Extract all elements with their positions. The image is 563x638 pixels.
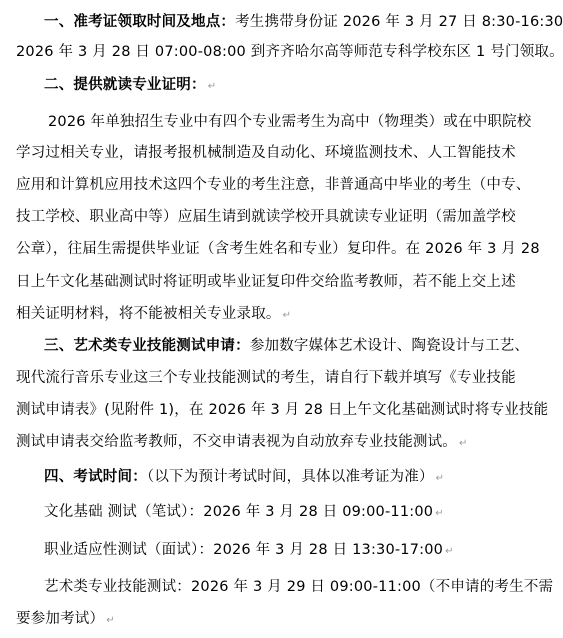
schedule-label: 艺术类专业技能测试：: [44, 579, 191, 595]
schedule-value: 2026 年 3 月 28 日 09:00-11:00: [203, 504, 433, 520]
section-3-line-3: 测试申请表》(见附件 1)，在 2026 年 3 月 28 日上午文化基础测试时…: [16, 400, 553, 420]
section-2-text-3: 应用和计算机应用技术这四个专业的考生注意，非普通高中毕业的考生（中专、: [16, 177, 531, 193]
schedule-continuation: 要参加考试）: [16, 611, 104, 627]
schedule-row-written: 文化基础 测试（笔试）：2026 年 3 月 28 日 09:00-11:00↵: [44, 502, 553, 524]
section-3-line-1: 三、艺术类专业技能测试申请：参加数字媒体艺术设计、陶瓷设计与工艺、: [44, 336, 553, 356]
schedule-value: 2026 年 3 月 29 日 09:00-11:00（不申请的考生不需: [191, 579, 553, 595]
section-3-heading: 三、艺术类专业技能测试申请：: [44, 338, 250, 354]
schedule-value: 2026 年 3 月 28 日 13:30-17:00: [213, 542, 443, 558]
section-4-line-1: 四、考试时间：（以下为预计考试时间，具体以准考证为准）↵: [44, 467, 553, 489]
schedule-label: 文化基础 测试（笔试）：: [44, 504, 203, 520]
section-3-line-2: 现代流行音乐专业这三个专业技能测试的考生，请自行下载并填写《专业技能: [16, 368, 553, 388]
section-2-line-1: 2026 年单独招生专业中有四个专业需考生为高中（物理类）或在中职院校: [48, 112, 553, 132]
section-1-text: 考生携带身份证 2026 年 3 月 27 日 8:30-16:30、: [235, 14, 563, 30]
section-2-line-7: 相关证明材料，将不能被相关专业录取。↵: [16, 304, 553, 326]
section-2-heading-line: 二、提供就读专业证明：↵: [44, 75, 553, 97]
schedule-row-interview: 职业适应性测试（面试）：2026 年 3 月 28 日 13:30-17:00↵: [44, 540, 553, 562]
section-2-text-4: 技工学校、职业高中等）应届生请到就读学校开具就读专业证明（需加盖学校: [16, 209, 516, 225]
section-2-text-5: 公章），往届生需提供毕业证（含考生姓名和专业）复印件。在 2026 年 3 月 …: [16, 241, 540, 257]
section-3-text-2: 现代流行音乐专业这三个专业技能测试的考生，请自行下载并填写《专业技能: [16, 370, 516, 386]
section-2-text-1: 2026 年单独招生专业中有四个专业需考生为高中（物理类）或在中职院校: [48, 114, 532, 130]
paragraph-mark-icon: ↵: [436, 473, 445, 484]
section-4-note: （以下为预计考试时间，具体以准考证为准）: [147, 469, 434, 485]
section-2-text-6: 日上午文化基础测试时将证明或毕业证复印件交给监考教师，若不能上交上述: [16, 274, 516, 290]
section-4-heading: 四、考试时间：: [44, 469, 147, 485]
paragraph-mark-icon: ↵: [208, 81, 217, 92]
section-3-text-3: 测试申请表》(见附件 1)，在 2026 年 3 月 28 日上午文化基础测试时…: [16, 402, 548, 418]
section-2-line-3: 应用和计算机应用技术这四个专业的考生注意，非普通高中毕业的考生（中专、: [16, 175, 553, 195]
document-page: 一、准考证领取时间及地点：考生携带身份证 2026 年 3 月 27 日 8:3…: [0, 0, 563, 638]
section-1-line-2: 2026 年 3 月 28 日 07:00-08:00 到齐齐哈尔高等师范专科学…: [16, 42, 553, 64]
paragraph-mark-icon: ↵: [283, 310, 292, 321]
section-1-heading: 一、准考证领取时间及地点：: [44, 14, 235, 30]
section-3-line-4: 测试申请表交给监考教师，不交申请表视为自动放弃专业技能测试。↵: [16, 432, 553, 454]
paragraph-mark-icon: ↵: [435, 508, 444, 519]
section-2-text-2: 学习过相关专业，请报考报机械制造及自动化、环境监测技术、人工智能技术: [16, 145, 516, 161]
schedule-row-art-continuation: 要参加考试）↵: [16, 609, 553, 631]
paragraph-mark-icon: ↵: [445, 546, 454, 557]
section-3-text-1: 参加数字媒体艺术设计、陶瓷设计与工艺、: [250, 338, 529, 354]
section-2-line-6: 日上午文化基础测试时将证明或毕业证复印件交给监考教师，若不能上交上述: [16, 272, 553, 292]
section-1-line-1: 一、准考证领取时间及地点：考生携带身份证 2026 年 3 月 27 日 8:3…: [44, 12, 553, 32]
section-1-text-2: 2026 年 3 月 28 日 07:00-08:00 到齐齐哈尔高等师范专科学…: [16, 44, 563, 60]
section-2-line-2: 学习过相关专业，请报考报机械制造及自动化、环境监测技术、人工智能技术: [16, 143, 553, 163]
section-2-line-5: 公章），往届生需提供毕业证（含考生姓名和专业）复印件。在 2026 年 3 月 …: [16, 239, 553, 259]
schedule-row-art: 艺术类专业技能测试：2026 年 3 月 29 日 09:00-11:00（不申…: [44, 577, 553, 597]
section-2-line-4: 技工学校、职业高中等）应届生请到就读学校开具就读专业证明（需加盖学校: [16, 207, 553, 227]
section-2-heading: 二、提供就读专业证明：: [44, 77, 206, 93]
paragraph-mark-icon: ↵: [106, 615, 115, 626]
section-2-text-7: 相关证明材料，将不能被相关专业录取。: [16, 306, 281, 322]
schedule-label: 职业适应性测试（面试）：: [44, 542, 213, 558]
paragraph-mark-icon: ↵: [459, 438, 468, 449]
section-3-text-4: 测试申请表交给监考教师，不交申请表视为自动放弃专业技能测试。: [16, 434, 457, 450]
